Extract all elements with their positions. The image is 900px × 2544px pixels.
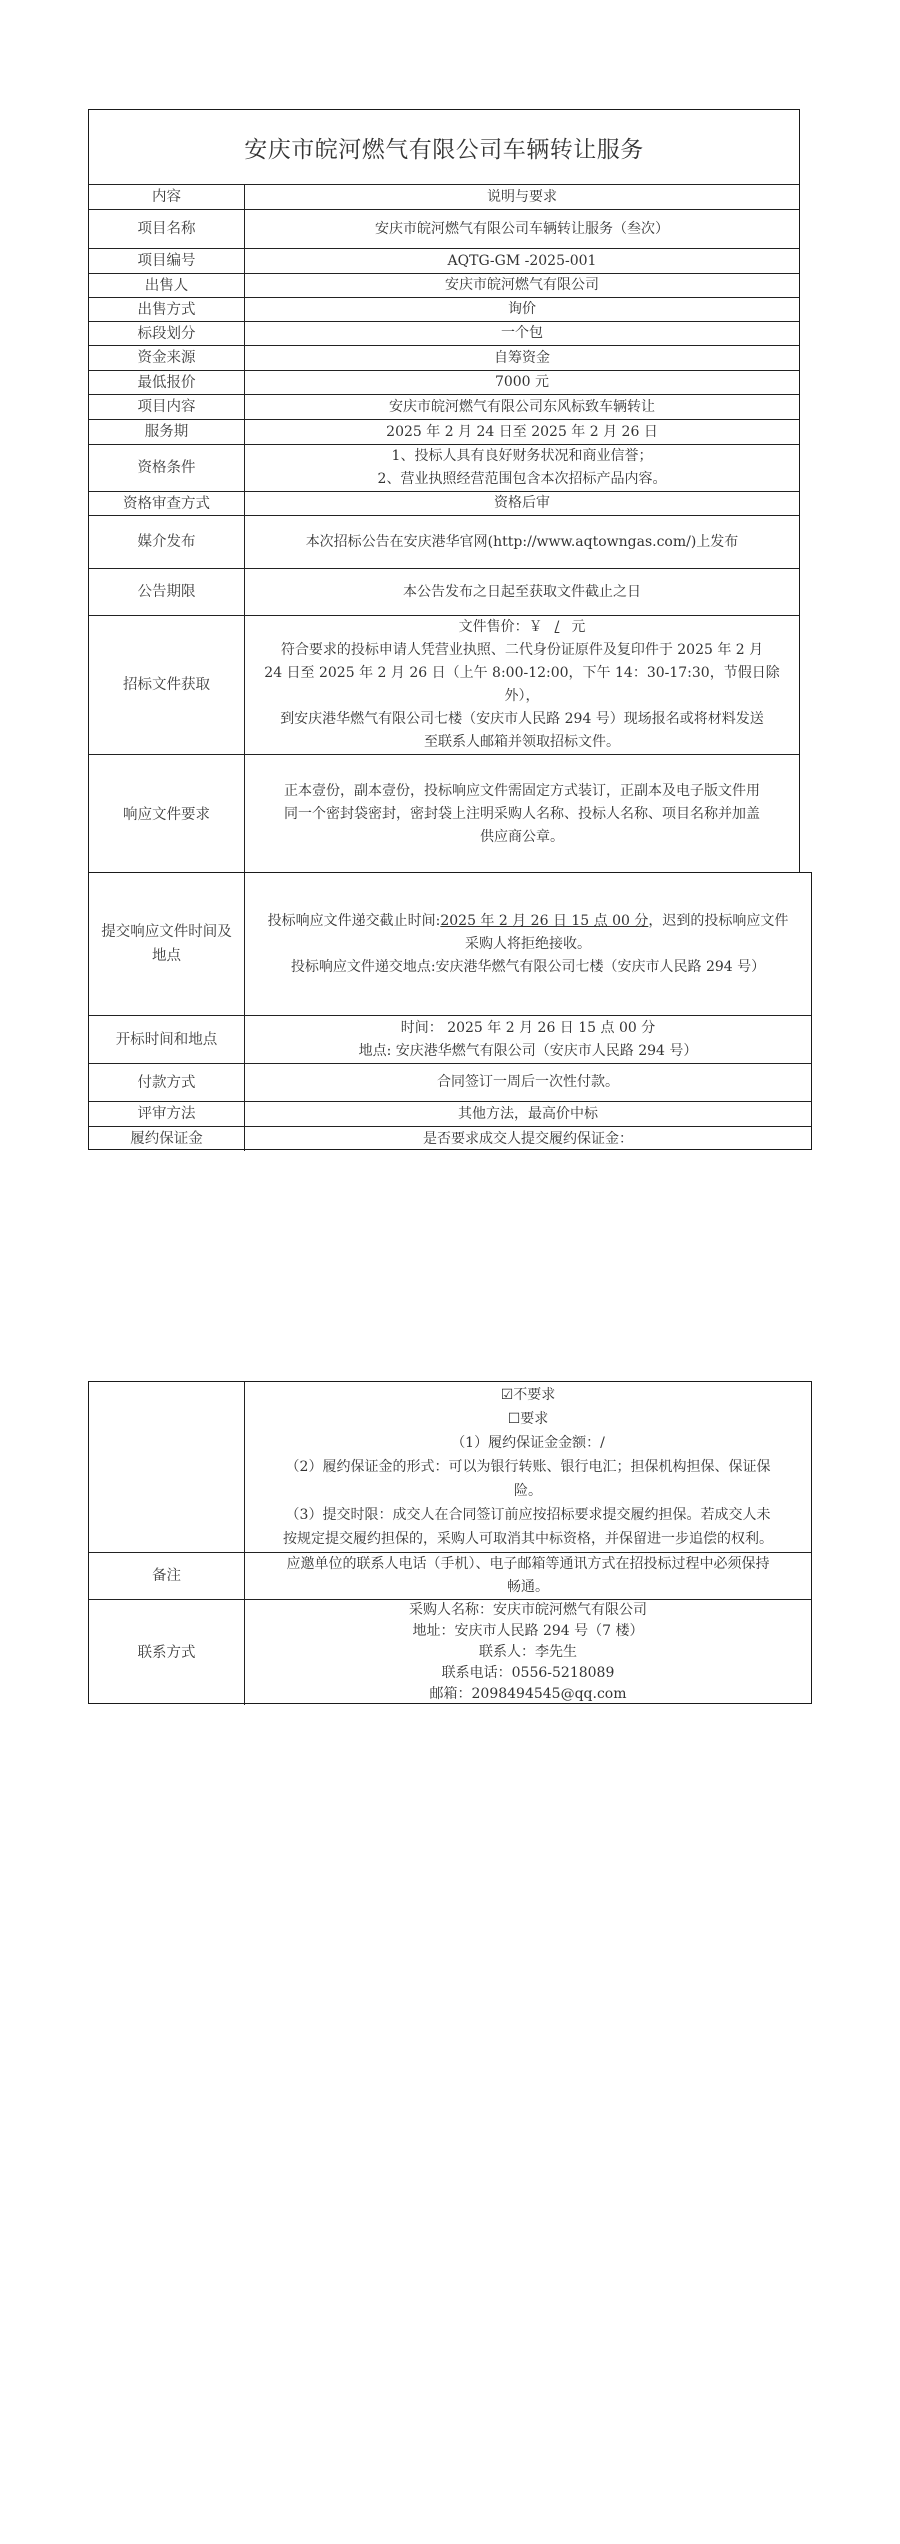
remarks-line: 应邀单位的联系人电话（手机）、电子邮箱等通讯方式在招投标过程中必须保持 <box>287 1553 770 1576</box>
bond-line: 险。 <box>514 1479 542 1503</box>
row-label: 资格审查方式 <box>89 492 245 515</box>
row-media-publication: 媒介发布 本次招标公告在安庆港华官网(http://www.aqtowngas.… <box>89 515 799 568</box>
row-project-name: 项目名称 安庆市皖河燃气有限公司车辆转让服务（叁次） <box>89 209 799 248</box>
submission-line: 投标响应文件递交地点:安庆港华燃气有限公司七楼（安庆市人民路 294 号） <box>291 956 765 979</box>
row-performance-bond: 履约保证金 是否要求成交人提交履约保证金： <box>89 1126 811 1151</box>
acquisition-line: 至联系人邮箱并领取招标文件。 <box>424 731 620 754</box>
row-value: 2025 年 2 月 24 日至 2025 年 2 月 26 日 <box>245 420 799 444</box>
row-label: 标段划分 <box>89 322 245 345</box>
remarks-line: 畅通。 <box>507 1576 549 1599</box>
header-value: 说明与要求 <box>245 185 799 209</box>
row-payment-method: 付款方式 合同签订一周后一次性付款。 <box>89 1063 811 1101</box>
row-label: 最低报价 <box>89 371 245 394</box>
row-label: 履约保证金 <box>89 1127 245 1151</box>
row-label: 提交响应文件时间及地点 <box>89 873 245 1015</box>
row-value: 文件售价：￥/元 符合要求的投标申请人凭营业执照、二代身份证原件及复印件于 20… <box>245 616 799 754</box>
row-value: 合同签订一周后一次性付款。 <box>245 1064 811 1101</box>
row-value: AQTG-GM -2025-001 <box>245 249 799 273</box>
option-label: 要求 <box>520 1411 548 1427</box>
requirement-line: 正本壹份，副本壹份，投标响应文件需固定方式装订，正副本及电子版文件用 <box>284 780 760 803</box>
row-contact: 联系方式 采购人名称：安庆市皖河燃气有限公司 地址：安庆市人民路 294 号（7… <box>89 1599 811 1705</box>
row-remarks: 备注 应邀单位的联系人电话（手机）、电子邮箱等通讯方式在招投标过程中必须保持 畅… <box>89 1552 811 1599</box>
contact-person: 联系人：李先生 <box>479 1642 577 1663</box>
announcement-table: 安庆市皖河燃气有限公司车辆转让服务 内容 说明与要求 项目名称 安庆市皖河燃气有… <box>88 109 800 873</box>
row-label: 备注 <box>89 1553 245 1599</box>
opening-time: 时间： 2025 年 2 月 26 日 15 点 00 分 <box>401 1017 655 1040</box>
price-suffix: 元 <box>571 619 585 635</box>
bond-line: （3）提交时限：成交人在合同签订前应按招标要求提交履约担保。若成交人未 <box>286 1503 771 1527</box>
row-lot-division: 标段划分 一个包 <box>89 321 799 345</box>
row-label-empty <box>89 1382 245 1552</box>
contact-email: 邮箱：2098494545@qq.com <box>430 1684 627 1705</box>
row-evaluation-method: 评审方法 其他方法，最高价中标 <box>89 1101 811 1126</box>
row-value: 自筹资金 <box>245 346 799 370</box>
option-label: 不要求 <box>513 1387 555 1403</box>
row-label: 项目编号 <box>89 249 245 273</box>
row-value: 时间： 2025 年 2 月 26 日 15 点 00 分 地点: 安庆港华燃气… <box>245 1016 811 1063</box>
row-label: 公告期限 <box>89 569 245 615</box>
row-label: 媒介发布 <box>89 516 245 568</box>
checkbox-checked-icon[interactable]: ☑ <box>501 1387 514 1403</box>
row-label: 付款方式 <box>89 1064 245 1101</box>
price-prefix: 文件售价：￥ <box>459 619 543 635</box>
row-min-price: 最低报价 7000 元 <box>89 370 799 394</box>
row-response-requirements: 响应文件要求 正本壹份，副本壹份，投标响应文件需固定方式装订，正副本及电子版文件… <box>89 754 799 874</box>
row-label: 出售人 <box>89 274 245 297</box>
checkbox-unchecked-icon[interactable]: ☐ <box>508 1411 521 1427</box>
deadline-prefix: 投标响应文件递交截止时间: <box>268 913 441 929</box>
row-project-number: 项目编号 AQTG-GM -2025-001 <box>89 248 799 273</box>
acquisition-line: 到安庆港华燃气有限公司七楼（安庆市人民路 294 号）现场报名或将材料发送 <box>280 708 764 731</box>
announcement-table-lower: 提交响应文件时间及地点 投标响应文件递交截止时间:2025 年 2 月 26 日… <box>88 872 812 1150</box>
bond-line: （2）履约保证金的形式：可以为银行转账、银行电汇；担保机构担保、保证保 <box>286 1455 771 1479</box>
acquisition-line: 符合要求的投标申请人凭营业执照、二代身份证原件及复印件于 2025 年 2 月 <box>281 639 763 662</box>
row-value: 是否要求成交人提交履约保证金： <box>245 1127 811 1151</box>
acquisition-line: 24 日至 2025 年 2 月 26 日（上午 8:00-12:00，下午 1… <box>251 662 793 708</box>
row-sale-method: 出售方式 询价 <box>89 297 799 321</box>
table-header-row: 内容 说明与要求 <box>89 184 799 209</box>
option-required[interactable]: ☐要求 <box>508 1407 549 1431</box>
row-value: 本次招标公告在安庆港华官网(http://www.aqtowngas.com/)… <box>245 516 799 568</box>
row-label: 服务期 <box>89 420 245 444</box>
row-value: ☑不要求 ☐要求 （1）履约保证金金额：/ （2）履约保证金的形式：可以为银行转… <box>245 1382 811 1552</box>
header-label: 内容 <box>89 185 245 209</box>
bond-line: （1）履约保证金金额：/ <box>451 1431 605 1455</box>
contact-buyer: 采购人名称：安庆市皖河燃气有限公司 <box>409 1600 647 1621</box>
deadline-value: 2025 年 2 月 26 日 15 点 00 分 <box>440 913 648 929</box>
row-label: 评审方法 <box>89 1102 245 1126</box>
row-service-period: 服务期 2025 年 2 月 24 日至 2025 年 2 月 26 日 <box>89 419 799 444</box>
option-not-required[interactable]: ☑不要求 <box>501 1383 556 1407</box>
submission-deadline: 投标响应文件递交截止时间:2025 年 2 月 26 日 15 点 00 分，迟… <box>268 910 789 933</box>
row-label: 项目名称 <box>89 210 245 248</box>
opening-place: 地点: 安庆港华燃气有限公司（安庆市人民路 294 号） <box>359 1040 698 1063</box>
contact-phone: 联系电话：0556-5218089 <box>442 1663 615 1684</box>
row-fund-source: 资金来源 自筹资金 <box>89 345 799 370</box>
document-price: 文件售价：￥/元 <box>459 616 586 639</box>
row-label: 资金来源 <box>89 346 245 370</box>
row-label: 资格条件 <box>89 445 245 491</box>
row-label: 响应文件要求 <box>89 755 245 874</box>
row-submission-time-place: 提交响应文件时间及地点 投标响应文件递交截止时间:2025 年 2 月 26 日… <box>89 873 811 1015</box>
bond-line: 按规定提交履约担保的，采购人可取消其中标资格，并保留进一步追偿的权利。 <box>283 1527 773 1551</box>
row-opening-time-place: 开标时间和地点 时间： 2025 年 2 月 26 日 15 点 00 分 地点… <box>89 1015 811 1063</box>
row-value: 应邀单位的联系人电话（手机）、电子邮箱等通讯方式在招投标过程中必须保持 畅通。 <box>245 1553 811 1599</box>
row-value: 安庆市皖河燃气有限公司 <box>245 274 799 297</box>
row-review-method: 资格审查方式 资格后审 <box>89 491 799 515</box>
deadline-suffix: ，迟到的投标响应文件 <box>648 913 788 929</box>
qualification-line: 2、营业执照经营范围包含本次招标产品内容。 <box>378 468 667 491</box>
contact-address: 地址：安庆市人民路 294 号（7 楼） <box>413 1621 644 1642</box>
requirement-line: 同一个密封袋密封，密封袋上注明采购人名称、投标人名称、项目名称并加盖 <box>284 803 760 826</box>
row-value: 一个包 <box>245 322 799 345</box>
row-value: 采购人名称：安庆市皖河燃气有限公司 地址：安庆市人民路 294 号（7 楼） 联… <box>245 1600 811 1705</box>
row-label: 出售方式 <box>89 298 245 321</box>
row-label: 开标时间和地点 <box>89 1016 245 1063</box>
row-value: 正本壹份，副本壹份，投标响应文件需固定方式装订，正副本及电子版文件用 同一个密封… <box>245 755 799 874</box>
announcement-table-continued: ☑不要求 ☐要求 （1）履约保证金金额：/ （2）履约保证金的形式：可以为银行转… <box>88 1381 812 1704</box>
row-value: 本公告发布之日起至获取文件截止之日 <box>245 569 799 615</box>
row-value: 安庆市皖河燃气有限公司东风标致车辆转让 <box>245 395 799 419</box>
row-value: 安庆市皖河燃气有限公司车辆转让服务（叁次） <box>245 210 799 248</box>
row-document-acquisition: 招标文件获取 文件售价：￥/元 符合要求的投标申请人凭营业执照、二代身份证原件及… <box>89 615 799 754</box>
price-value: / <box>543 616 572 639</box>
row-value: 1、投标人具有良好财务状况和商业信誉； 2、营业执照经营范围包含本次招标产品内容… <box>245 445 799 491</box>
row-bond-details: ☑不要求 ☐要求 （1）履约保证金金额：/ （2）履约保证金的形式：可以为银行转… <box>89 1382 811 1552</box>
row-label: 联系方式 <box>89 1600 245 1705</box>
row-label: 项目内容 <box>89 395 245 419</box>
row-value: 7000 元 <box>245 371 799 394</box>
qualification-line: 1、投标人具有良好财务状况和商业信誉； <box>392 445 653 468</box>
row-seller: 出售人 安庆市皖河燃气有限公司 <box>89 273 799 297</box>
row-value: 资格后审 <box>245 492 799 515</box>
row-notice-period: 公告期限 本公告发布之日起至获取文件截止之日 <box>89 568 799 615</box>
requirement-line: 供应商公章。 <box>480 826 564 849</box>
row-label: 招标文件获取 <box>89 616 245 754</box>
submission-line: 采购人将拒绝接收。 <box>465 933 591 956</box>
row-value: 询价 <box>245 298 799 321</box>
row-value: 投标响应文件递交截止时间:2025 年 2 月 26 日 15 点 00 分，迟… <box>245 873 811 1015</box>
row-qualifications: 资格条件 1、投标人具有良好财务状况和商业信誉； 2、营业执照经营范围包含本次招… <box>89 444 799 491</box>
row-project-content: 项目内容 安庆市皖河燃气有限公司东风标致车辆转让 <box>89 394 799 419</box>
document-title: 安庆市皖河燃气有限公司车辆转让服务 <box>89 110 799 184</box>
row-value: 其他方法，最高价中标 <box>245 1102 811 1126</box>
